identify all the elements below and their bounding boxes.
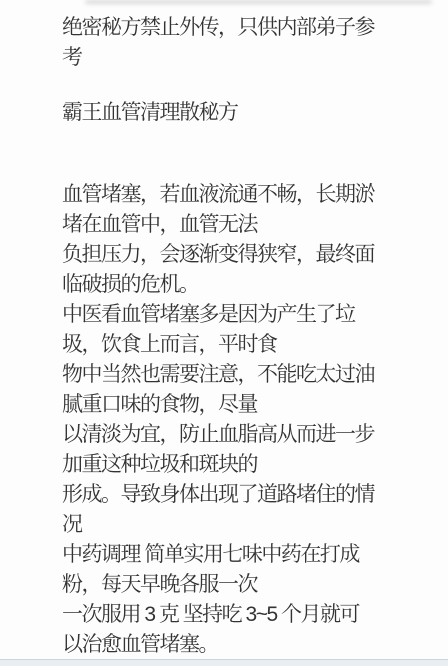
text-line: 一次服用 3 克 坚持吃 3~5 个月就可 bbox=[62, 600, 430, 630]
text-line: 以治愈血管堵塞。 bbox=[62, 630, 430, 660]
text-line: 物中当然也需要注意，不能吃太过油 bbox=[62, 360, 430, 390]
text-line: 临破损的危机。 bbox=[62, 270, 430, 300]
text-line: 霸王血管清理散秘方 bbox=[62, 98, 430, 128]
text-line: 加重这种垃圾和斑块的 bbox=[62, 450, 430, 480]
text-line: 绝密秘方禁止外传，只供内部弟子参 bbox=[62, 13, 430, 43]
text-line: 粉，每天早晚各服一次 bbox=[62, 570, 430, 600]
text-content: 绝密秘方禁止外传，只供内部弟子参 考 霸王血管清理散秘方 血管堵塞，若血液流通不… bbox=[62, 13, 430, 660]
text-line: 以清淡为宜，防止血脂高从而进一步 bbox=[62, 420, 430, 450]
text-screenshot: 绝密秘方禁止外传，只供内部弟子参 考 霸王血管清理散秘方 血管堵塞，若血液流通不… bbox=[0, 0, 448, 666]
paragraph-recipe-title: 霸王血管清理散秘方 bbox=[62, 98, 430, 128]
text-line: 中药调理 简单实用七味中药在打成 bbox=[62, 540, 430, 570]
text-line: 考 bbox=[62, 43, 430, 73]
paragraph-secrecy-notice: 绝密秘方禁止外传，只供内部弟子参 考 bbox=[62, 13, 430, 73]
text-line: 堵在血管中，血管无法 bbox=[62, 210, 430, 240]
text-line: 况 bbox=[62, 510, 430, 540]
text-line: 中医看血管堵塞多是因为产生了垃 bbox=[62, 300, 430, 330]
text-line: 腻重口味的食物，尽量 bbox=[62, 390, 430, 420]
text-line: 负担压力，会逐渐变得狭窄，最终面 bbox=[62, 240, 430, 270]
text-line: 圾，饮食上而言，平时食 bbox=[62, 330, 430, 360]
paragraph-body: 血管堵塞，若血液流通不畅，长期淤 堵在血管中，血管无法 负担压力，会逐渐变得狭窄… bbox=[62, 180, 430, 660]
text-line: 形成。导致身体出现了道路堵住的情 bbox=[62, 480, 430, 510]
text-line: 血管堵塞，若血液流通不畅，长期淤 bbox=[62, 180, 430, 210]
bottom-panel-edge bbox=[0, 659, 448, 666]
previous-line-remnant bbox=[85, 0, 432, 4]
